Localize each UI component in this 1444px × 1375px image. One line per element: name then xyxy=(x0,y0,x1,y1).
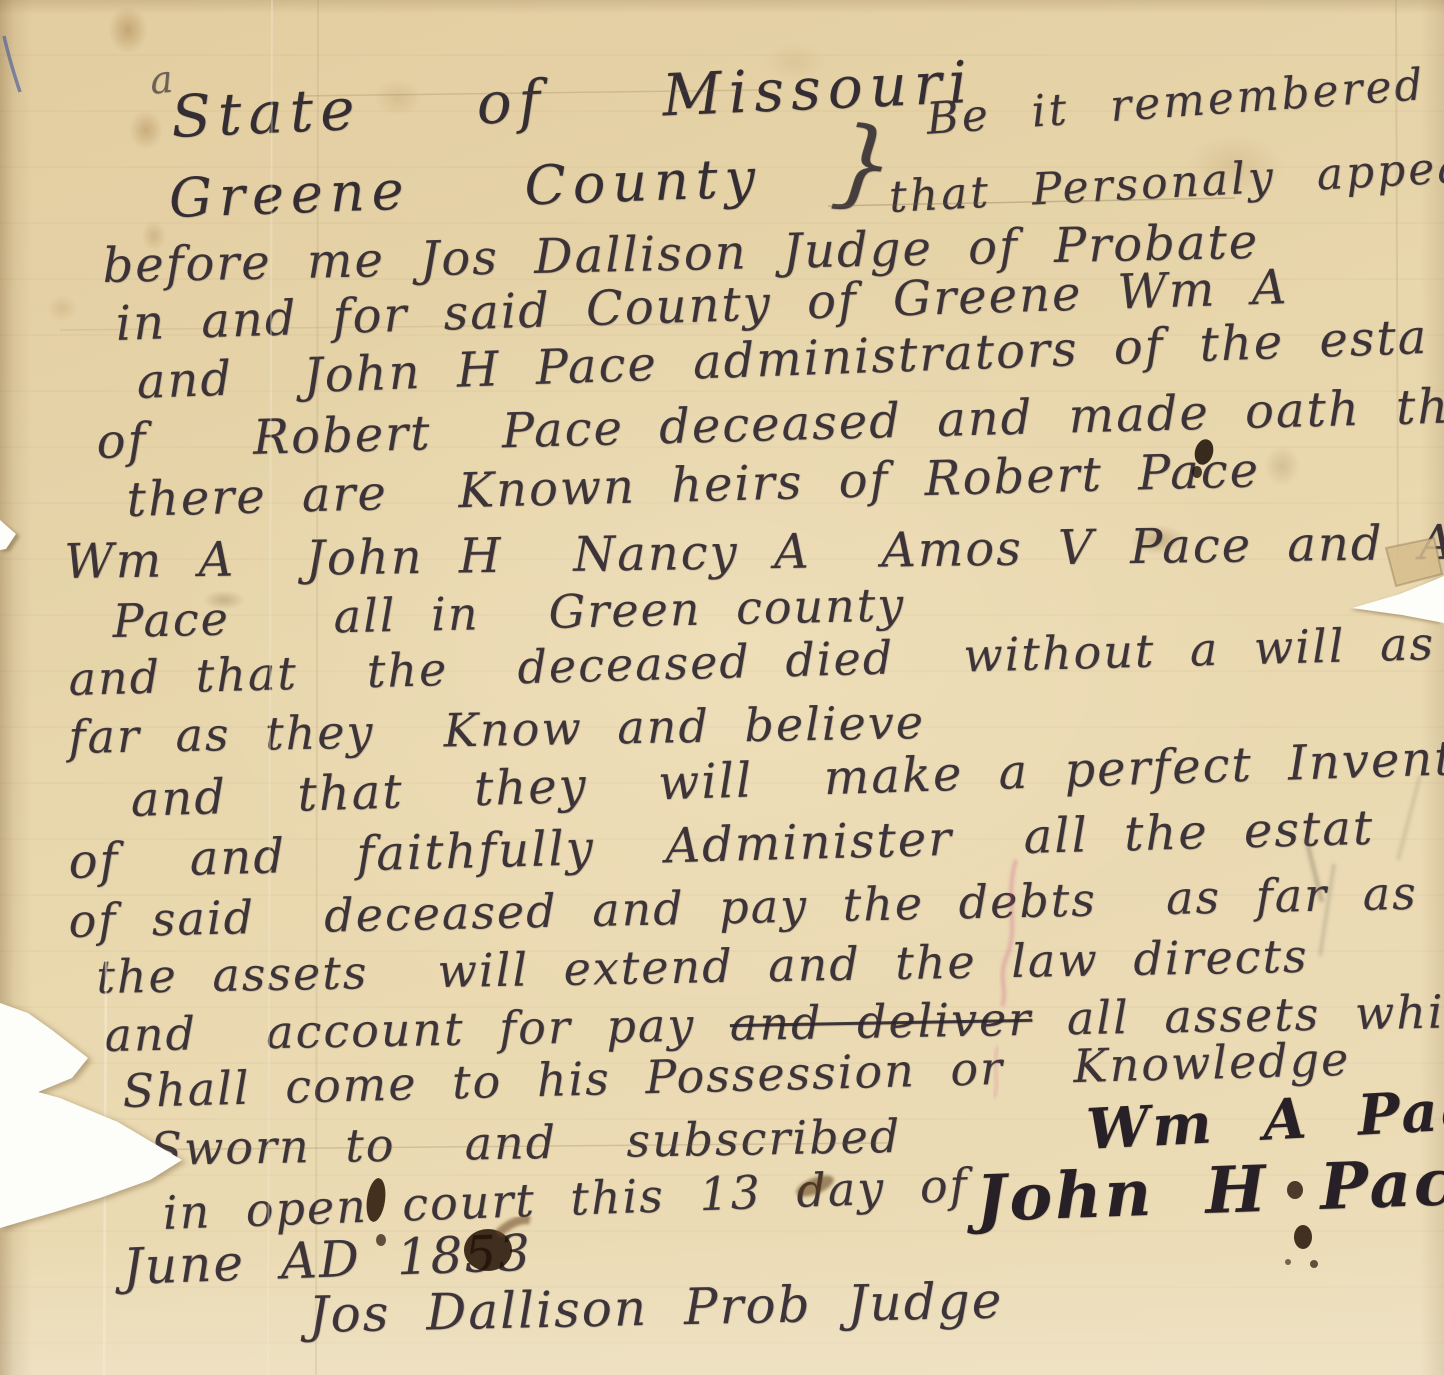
blue-corner-mark xyxy=(4,36,20,92)
left-notch-tear xyxy=(0,520,20,552)
judge-signature-line: Jos Dallison Prob Judge xyxy=(308,1275,1004,1340)
appeared-line: that Personaly appeared xyxy=(888,141,1444,220)
remembered-line: Be it remembered xyxy=(925,63,1427,142)
body-line-5: Wm A John H Nancy A Amos V Pace and Anni… xyxy=(64,517,1444,586)
scanned-document-page: a State of Missouri Greene County } Be i… xyxy=(0,0,1444,1375)
header-county-line: Greene County xyxy=(168,151,763,226)
signature-john-pace: John H Pace xyxy=(975,1150,1444,1232)
